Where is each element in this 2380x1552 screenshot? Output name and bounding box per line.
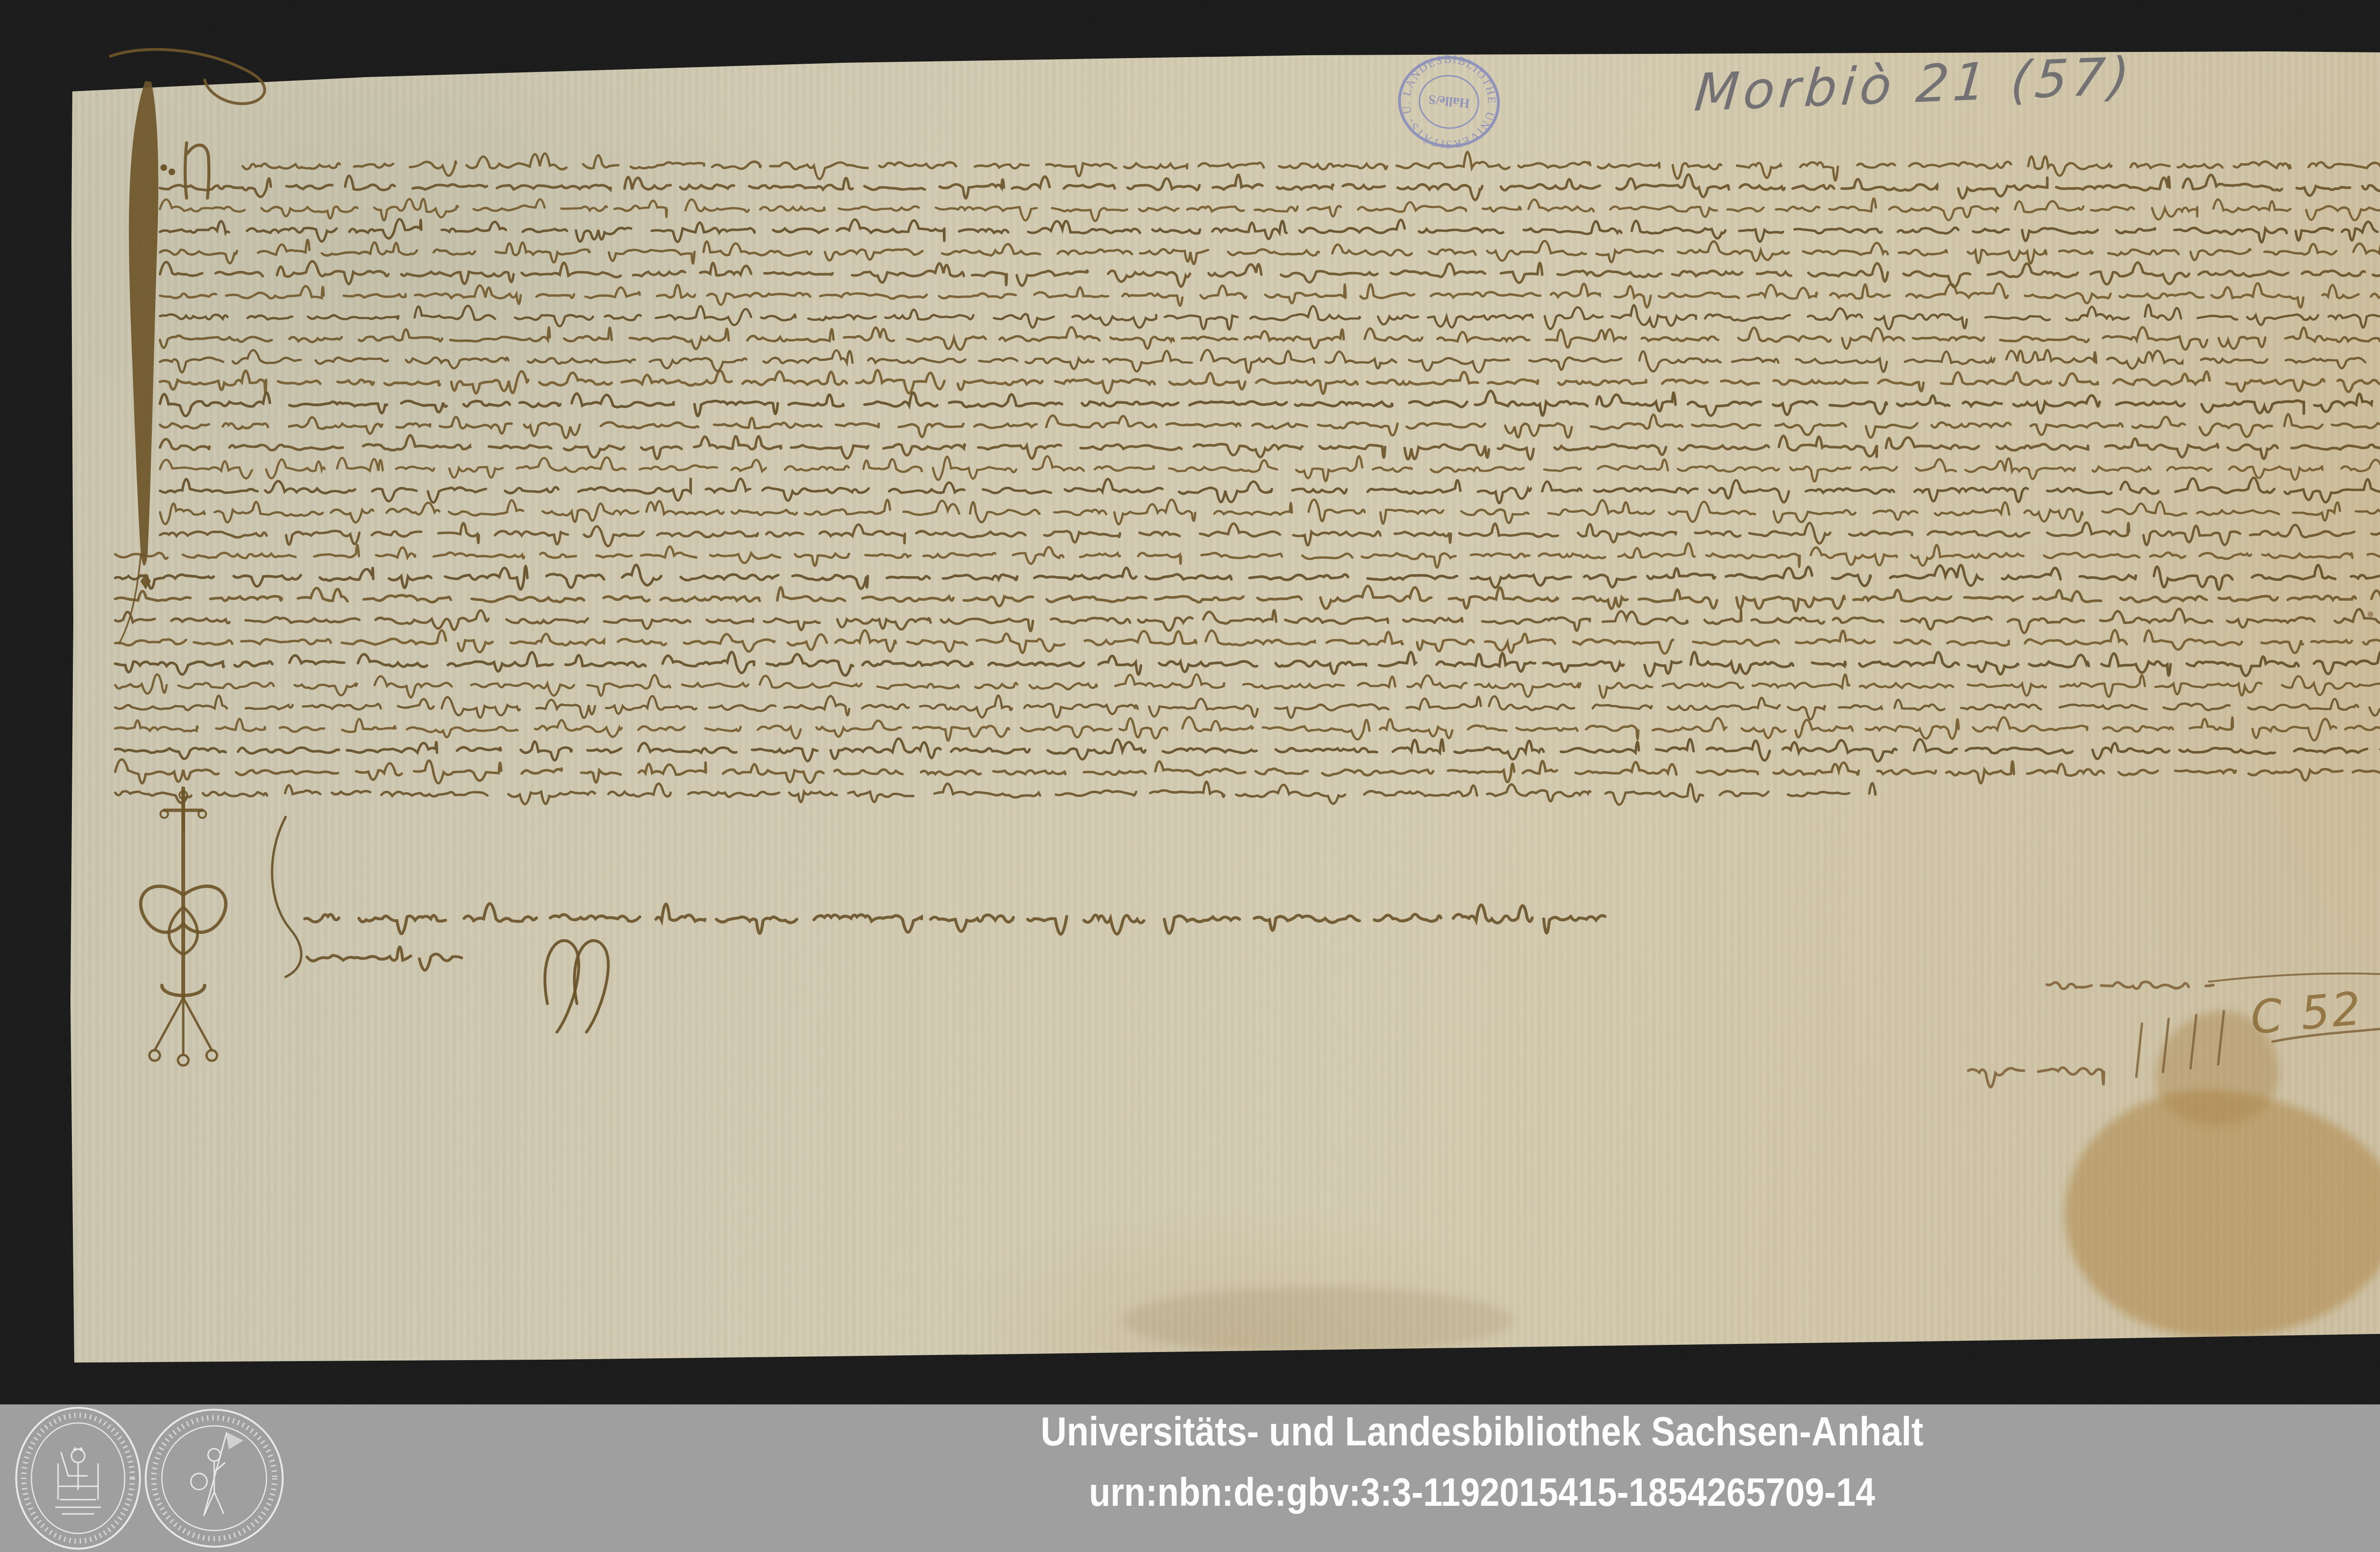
- scan-noise-overlay: [0, 0, 2380, 1552]
- scan-stage: Morbiò 21 (57) C 52 Halle/S UNIVERSITÄTS…: [0, 0, 2380, 1552]
